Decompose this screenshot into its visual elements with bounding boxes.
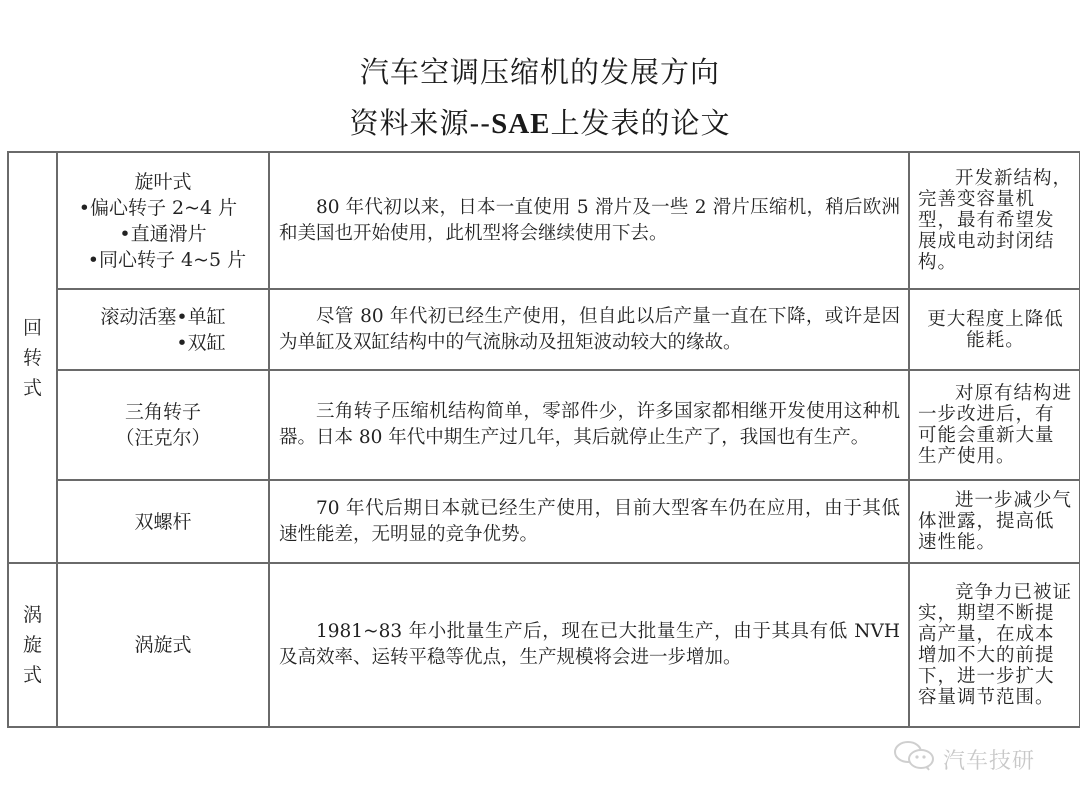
table-row: 涡 旋 式 涡旋式 1981~83 年小批量生产后，现在已大批量生产，由于其具有… [8,563,1080,727]
subtitle-suffix: 上发表的论文 [551,106,731,140]
type-line: 滚动活塞•单缸 [100,304,225,330]
type-cell: 双螺杆 [57,480,269,563]
category-char: 涡 [9,600,56,630]
outlook-text: 开发新结构，完善变容量机型，最有希望发展成电动封闭结构。 [918,168,1073,273]
document-title: 汽车空调压缩机的发展方向 [0,50,1080,91]
category-char: 式 [9,660,56,690]
description-cell: 尽管 80 年代初已经生产使用，但自此以后产量一直在下降，或许是因为单缸及双缸结… [269,289,909,370]
type-line: 涡旋式 [58,632,268,658]
description-text: 80 年代初以来，日本一直使用 5 滑片及一些 2 滑片压缩机，稍后欧洲和美国也… [279,195,900,247]
outlook-text: 竞争力已被证实，期望不断提高产量，在成本增加不大的前提下，进一步扩大容量调节范围… [918,582,1073,708]
description-cell: 80 年代初以来，日本一直使用 5 滑片及一些 2 滑片压缩机，稍后欧洲和美国也… [269,152,909,289]
document-subtitle: 资料来源--SAE上发表的论文 [0,101,1080,142]
outlook-text: 对原有结构进一步改进后，有可能会重新大量生产使用。 [918,383,1073,467]
outlook-text: 更大程度上降低能耗。 [918,309,1073,351]
type-line: •双缸 [100,330,225,356]
table-row: 三角转子 （汪克尔） 三角转子压缩机结构简单，零部件少，许多国家都相继开发使用这… [8,370,1080,480]
description-text: 尽管 80 年代初已经生产使用，但自此以后产量一直在下降，或许是因为单缸及双缸结… [279,304,900,356]
description-cell: 1981~83 年小批量生产后，现在已大批量生产，由于其具有低 NVH 及高效率… [269,563,909,727]
wechat-icon [893,741,943,777]
outlook-cell: 对原有结构进一步改进后，有可能会重新大量生产使用。 [909,370,1080,480]
type-line: 旋叶式 [58,169,268,195]
rolling-piston-label: 滚动活塞•单缸 •双缸 [100,304,225,356]
watermark: 汽车技研 [893,741,1035,777]
type-cell: 三角转子 （汪克尔） [57,370,269,480]
outlook-cell: 竞争力已被证实，期望不断提高产量，在成本增加不大的前提下，进一步扩大容量调节范围… [909,563,1080,727]
compressor-direction-table: 回 转 式 旋叶式 •偏心转子 2~4 片 •直通滑片 •同心转子 4~5 片 … [7,151,1080,728]
subtitle-sae: SAE [491,108,550,140]
description-cell: 三角转子压缩机结构简单，零部件少，许多国家都相继开发使用这种机器。日本 80 年… [269,370,909,480]
type-cell: 旋叶式 •偏心转子 2~4 片 •直通滑片 •同心转子 4~5 片 [57,152,269,289]
type-line: 双螺杆 [58,509,268,535]
description-cell: 70 年代后期日本就已经生产使用，目前大型客车仍在应用，由于其低速性能差，无明显… [269,480,909,563]
subtitle-prefix: 资料来源-- [349,106,491,140]
outlook-cell: 进一步减少气体泄露，提高低速性能。 [909,480,1080,563]
type-cell: 滚动活塞•单缸 •双缸 [57,289,269,370]
category-cell-scroll: 涡 旋 式 [8,563,57,727]
type-line: •直通滑片 [58,221,268,247]
table-row: 回 转 式 旋叶式 •偏心转子 2~4 片 •直通滑片 •同心转子 4~5 片 … [8,152,1080,289]
category-char: 转 [9,343,56,373]
outlook-text: 进一步减少气体泄露，提高低速性能。 [918,490,1073,553]
watermark-text: 汽车技研 [943,744,1035,775]
description-text: 三角转子压缩机结构简单，零部件少，许多国家都相继开发使用这种机器。日本 80 年… [279,399,900,451]
outlook-cell: 更大程度上降低能耗。 [909,289,1080,370]
category-cell-rotary: 回 转 式 [8,152,57,563]
outlook-cell: 开发新结构，完善变容量机型，最有希望发展成电动封闭结构。 [909,152,1080,289]
table-row: 滚动活塞•单缸 •双缸 尽管 80 年代初已经生产使用，但自此以后产量一直在下降… [8,289,1080,370]
type-line: 三角转子 [58,399,268,425]
type-line: •同心转子 4~5 片 [66,247,268,273]
type-line: •偏心转子 2~4 片 [58,195,258,221]
table-row: 双螺杆 70 年代后期日本就已经生产使用，目前大型客车仍在应用，由于其低速性能差… [8,480,1080,563]
category-char: 式 [9,373,56,403]
description-text: 70 年代后期日本就已经生产使用，目前大型客车仍在应用，由于其低速性能差，无明显… [279,496,900,548]
type-line: （汪克尔） [58,425,268,451]
category-char: 回 [9,313,56,343]
category-char: 旋 [9,630,56,660]
type-cell: 涡旋式 [57,563,269,727]
description-text: 1981~83 年小批量生产后，现在已大批量生产，由于其具有低 NVH 及高效率… [279,619,900,671]
